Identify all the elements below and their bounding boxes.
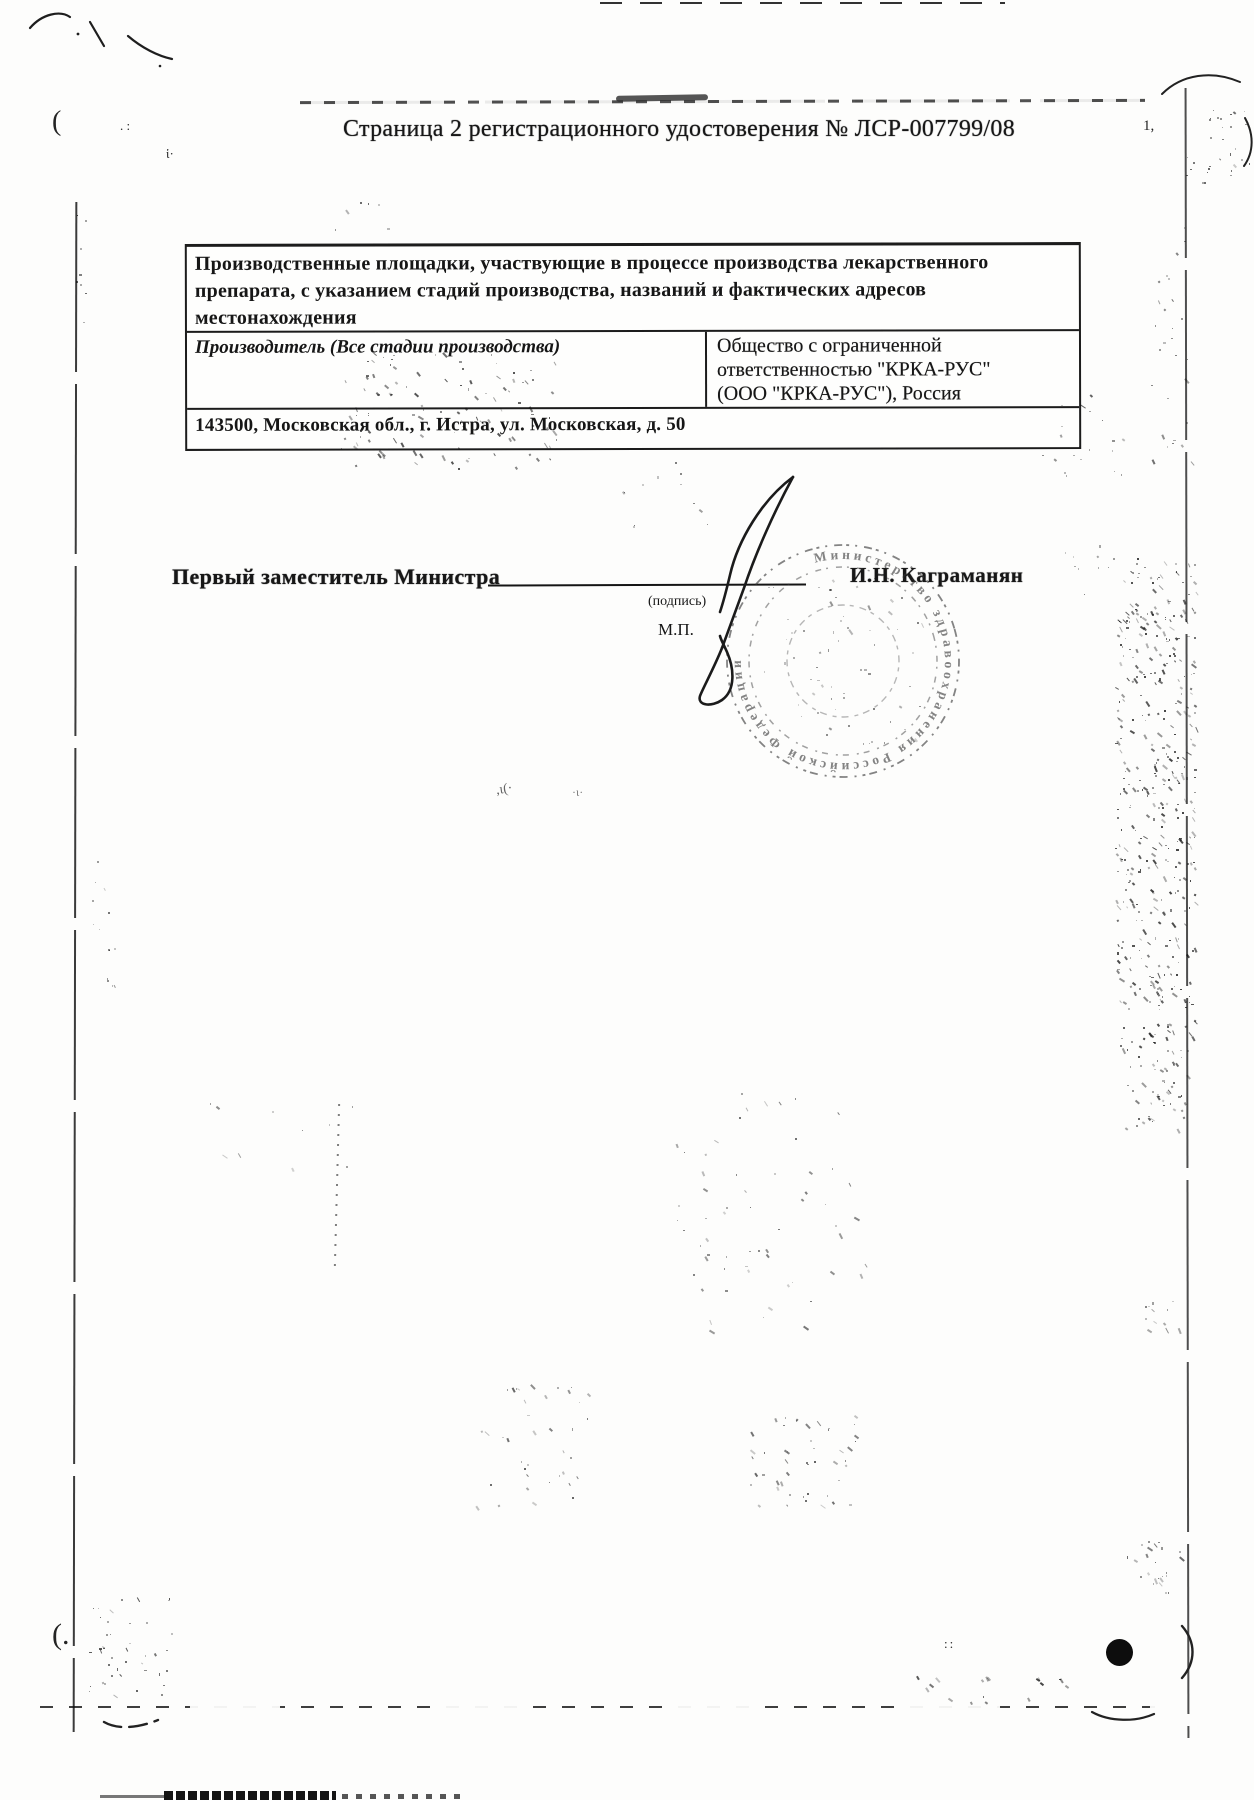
scan-dash-curve: [98, 1712, 168, 1742]
scan-dashed-rule: [300, 99, 1145, 104]
scanned-certificate-page: Страница 2 регистрационного удостоверени…: [0, 0, 1254, 1800]
signatory-title: Первый заместитель Министра: [172, 564, 500, 590]
producer-value-line: ответственностью "КРКА-РУС": [717, 357, 1071, 382]
black-dot-mark: [1106, 1639, 1133, 1666]
scan-corner-squiggle: [18, 4, 218, 84]
scan-dot-mark: ἱ·: [166, 146, 174, 162]
scan-paren-mark: (.: [52, 1618, 70, 1652]
scan-mark: 1,: [1143, 118, 1154, 135]
footer-artifact-text: [164, 1791, 336, 1800]
scan-frame-left: [73, 202, 78, 1732]
footer-artifact-line: [100, 1795, 166, 1798]
producer-value-line: (ООО "КРКА-РУС"), Россия: [717, 381, 1071, 406]
scan-top-edge-dashes: [600, 2, 1005, 4]
footer-artifact-text: [342, 1794, 460, 1799]
producer-row: Производитель (Все стадии производства) …: [187, 331, 1079, 410]
scan-paren-mark: (: [52, 106, 61, 138]
producer-value-cell: Общество с ограниченной ответственностью…: [707, 331, 1079, 407]
signature-stroke: [620, 430, 880, 730]
scan-dot-mark: . :: [120, 118, 130, 134]
table-header-line: Производственные площадки, участвующие в…: [195, 249, 1069, 278]
scan-frame-right: [1185, 88, 1190, 1738]
table-header-line: местонахождения: [195, 303, 1069, 332]
scan-mark: ,ι(·: [495, 781, 514, 799]
producer-value-line: Общество с ограниченной: [717, 333, 1071, 358]
page-title: Страница 2 регистрационного удостоверени…: [343, 116, 1015, 143]
producer-label-cell: Производитель (Все стадии производства): [187, 332, 707, 408]
table-header-cell: Производственные площадки, участвующие в…: [187, 245, 1079, 333]
scan-dotted-streak: [334, 1104, 340, 1266]
scan-bottom-curve: [1088, 1706, 1168, 1730]
scan-colon-marks: ::: [944, 1636, 955, 1652]
scan-bottom-right-bracket: [1170, 1618, 1210, 1688]
scan-top-right-marks: [1150, 60, 1254, 180]
production-sites-table: Производственные площадки, участвующие в…: [185, 242, 1081, 451]
scan-mark: ·ι·: [572, 785, 583, 800]
scan-bottom-dashed-rule: [40, 1706, 1160, 1708]
table-header-line: препарата, с указанием стадий производст…: [195, 276, 1069, 305]
